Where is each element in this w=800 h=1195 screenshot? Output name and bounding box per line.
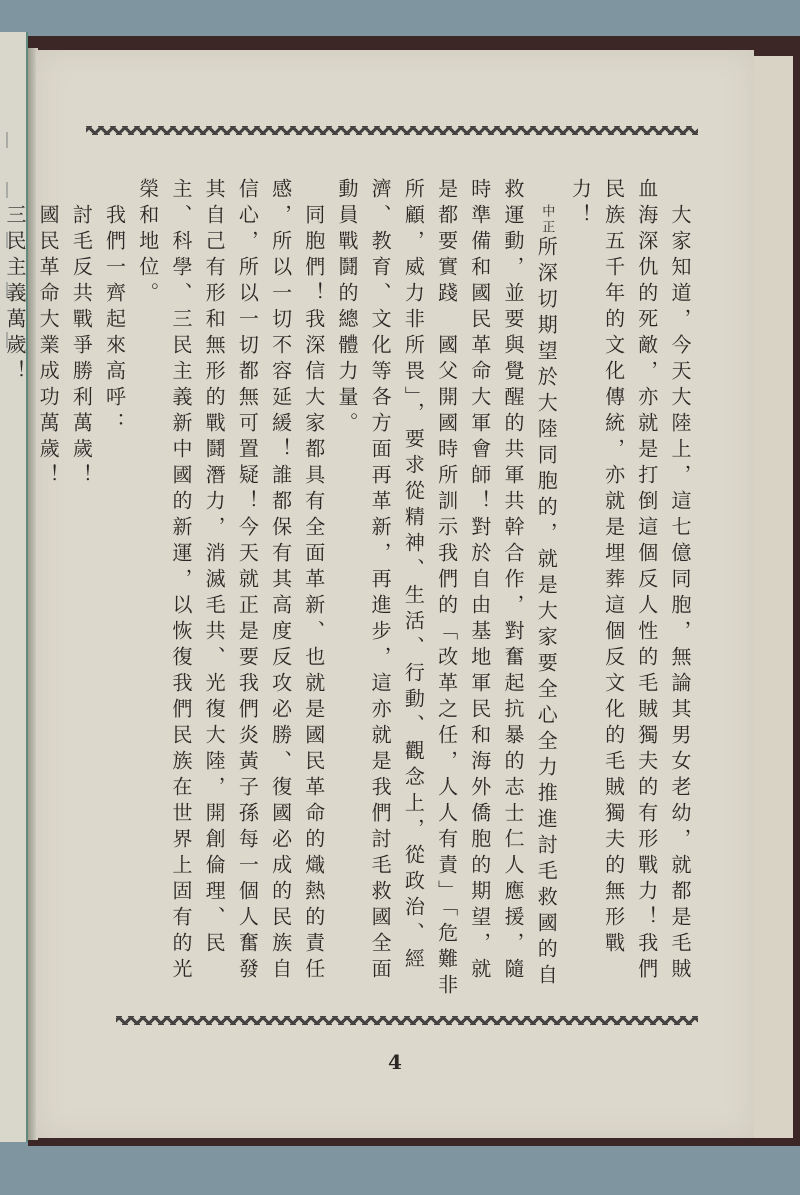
top-ornamental-border <box>86 126 698 135</box>
cheer-line: 國民革命大業成功萬歲！ <box>31 204 64 1008</box>
paragraph-3: 同胞們！我深信大家都具有全面革新、也就是國民革命的熾熱的責任感，所以一切不容延緩… <box>131 178 330 1008</box>
paragraph-4: 我們一齊起來高呼： <box>97 178 130 1008</box>
paragraph-2: 中正所深切期望於大陸同胞的，就是大家要全心全力推進討毛救國的自救運動，並要與覺醒… <box>330 178 563 1008</box>
bleed-through-mark <box>6 182 20 198</box>
paragraph-1: 大家知道，今天大陸上，這七億同胞，無論其男女老幼，就都是毛賊血海深仇的死敵，亦就… <box>563 178 696 1008</box>
bleed-through-mark <box>6 132 20 148</box>
cheer-line: 三民主義萬歲！ <box>0 204 31 1008</box>
paragraph-2-text: 所深切期望於大陸同胞的，就是大家要全心全力推進討毛救國的自救運動，並要與覺醒的共… <box>335 178 558 1000</box>
cheer-line: 討毛反共戰爭勝利萬歲！ <box>64 204 97 1008</box>
bottom-ornamental-border <box>116 1016 698 1025</box>
honorific-name: 中正 <box>539 204 554 236</box>
vertical-text-body: 大家知道，今天大陸上，這七億同胞，無論其男女老幼，就都是毛賊血海深仇的死敵，亦就… <box>96 178 696 1008</box>
page-number: 4 <box>36 1050 754 1074</box>
book-page: 大家知道，今天大陸上，這七億同胞，無論其男女老幼，就都是毛賊血海深仇的死敵，亦就… <box>36 50 754 1138</box>
next-page-edge <box>750 56 793 1138</box>
